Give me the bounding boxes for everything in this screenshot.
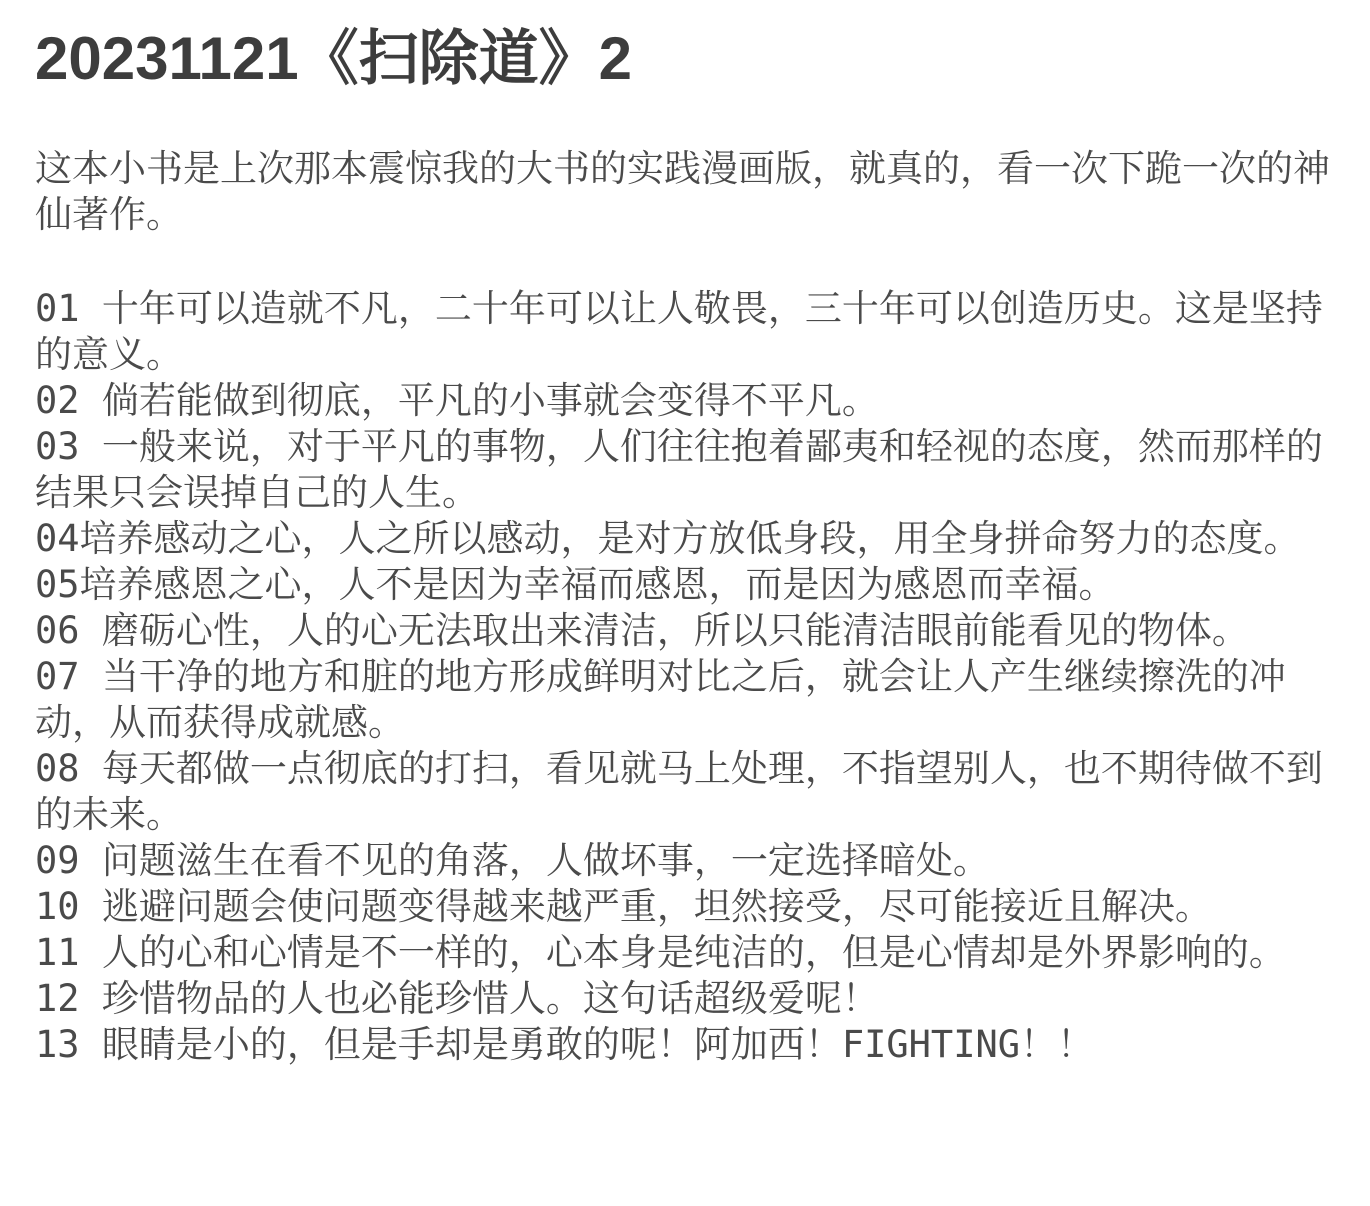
list-item: 02 倘若能做到彻底，平凡的小事就会变得不平凡。 [35, 378, 1336, 424]
list-item: 03 一般来说，对于平凡的事物，人们往往抱着鄙夷和轻视的态度，然而那样的结果只会… [35, 424, 1336, 516]
list-item: 05培养感恩之心，人不是因为幸福而感恩，而是因为感恩而幸福。 [35, 562, 1336, 608]
list-item: 07 当干净的地方和脏的地方形成鲜明对比之后，就会让人产生继续擦洗的冲动，从而获… [35, 654, 1336, 746]
list-item: 04培养感动之心，人之所以感动，是对方放低身段，用全身拼命努力的态度。 [35, 516, 1336, 562]
list-item: 11 人的心和心情是不一样的，心本身是纯洁的，但是心情却是外界影响的。 [35, 930, 1336, 976]
list-item: 09 问题滋生在看不见的角落，人做坏事，一定选择暗处。 [35, 838, 1336, 884]
list-item: 08 每天都做一点彻底的打扫，看见就马上处理，不指望别人，也不期待做不到的未来。 [35, 746, 1336, 838]
list-item: 01 十年可以造就不凡，二十年可以让人敬畏，三十年可以创造历史。这是坚持的意义。 [35, 286, 1336, 378]
intro-paragraph: 这本小书是上次那本震惊我的大书的实践漫画版，就真的，看一次下跪一次的神仙著作。 [35, 146, 1336, 238]
list-item: 10 逃避问题会使问题变得越来越严重，坦然接受，尽可能接近且解决。 [35, 884, 1336, 930]
list-item: 13 眼睛是小的，但是手却是勇敢的呢！阿加西！FIGHTING！！ [35, 1022, 1336, 1068]
list-item: 06 磨砺心性，人的心无法取出来清洁，所以只能清洁眼前能看见的物体。 [35, 608, 1336, 654]
list-item: 12 珍惜物品的人也必能珍惜人。这句话超级爱呢！ [35, 976, 1336, 1022]
document-page: 20231121《扫除道》2 这本小书是上次那本震惊我的大书的实践漫画版，就真的… [0, 0, 1370, 1206]
numbered-list: 01 十年可以造就不凡，二十年可以让人敬畏，三十年可以创造历史。这是坚持的意义。… [35, 286, 1336, 1068]
page-title: 20231121《扫除道》2 [35, 26, 1336, 92]
